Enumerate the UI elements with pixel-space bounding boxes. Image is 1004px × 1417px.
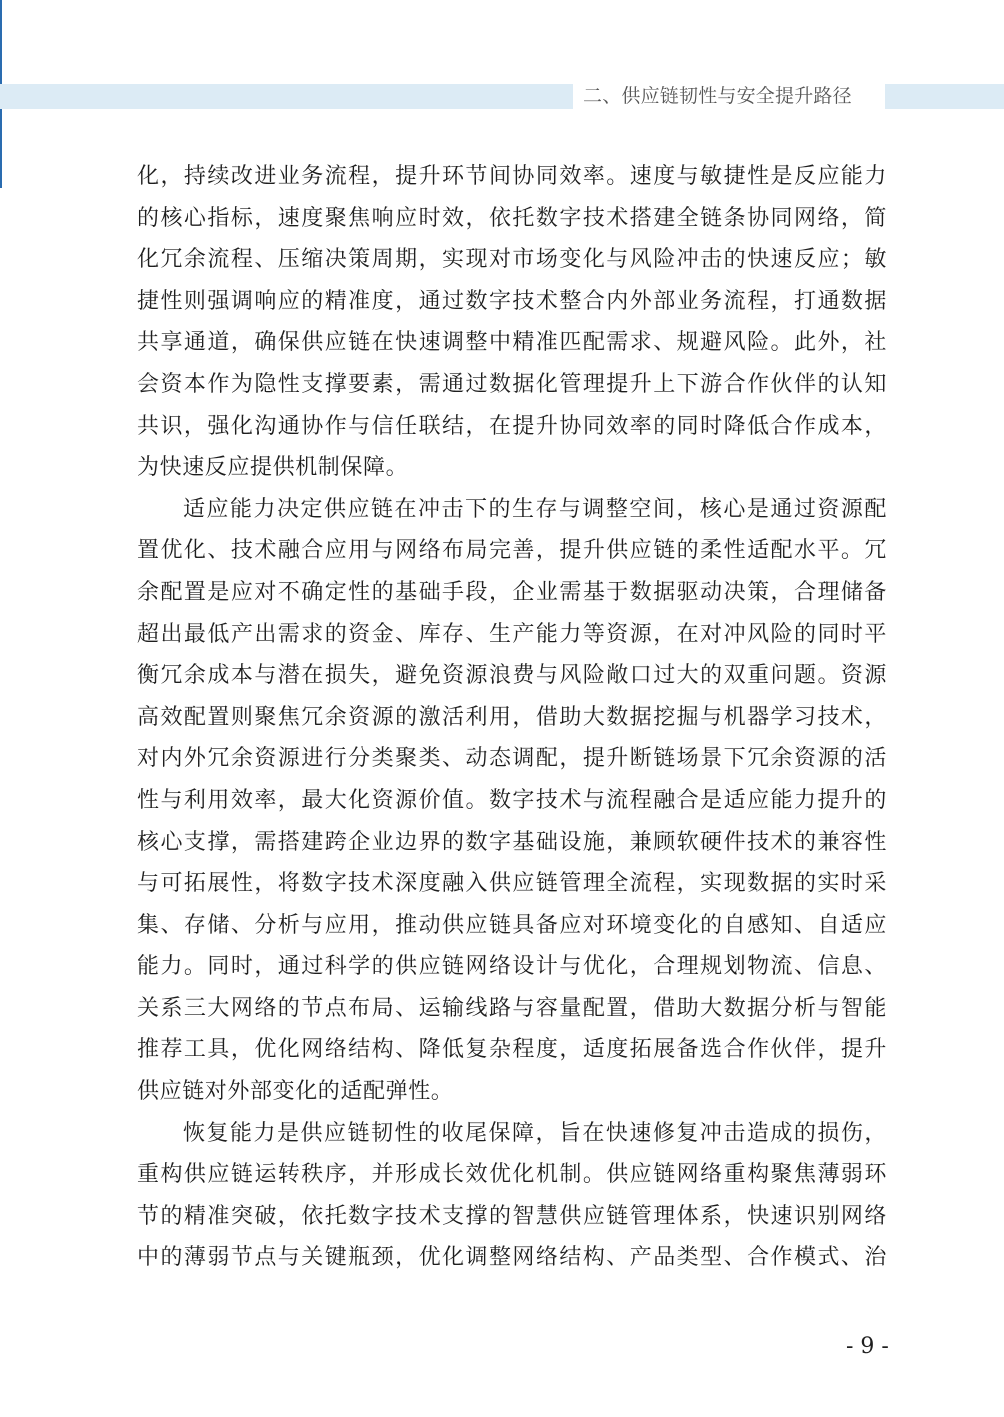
text-line: 重构供应链运转秩序，并形成长效优化机制。供应链网络重构聚焦薄弱环	[137, 1154, 887, 1196]
text-line: 恢复能力是供应链韧性的收尾保障，旨在快速修复冲击造成的损伤，	[137, 1113, 887, 1155]
paragraph: 化，持续改进业务流程，提升环节间协同效率。速度与敏捷性是反应能力 的核心指标，速…	[137, 156, 887, 489]
text-line: 化冗余流程、压缩决策周期，实现对市场变化与风险冲击的快速反应；敏	[137, 239, 887, 281]
paragraph: 恢复能力是供应链韧性的收尾保障，旨在快速修复冲击造成的损伤， 重构供应链运转秩序…	[137, 1113, 887, 1279]
text-line: 性与利用效率，最大化资源价值。数字技术与流程融合是适应能力提升的	[137, 780, 887, 822]
text-line: 余配置是应对不确定性的基础手段，企业需基于数据驱动决策，合理储备	[137, 572, 887, 614]
text-line: 为快速反应提供机制保障。	[137, 447, 887, 489]
text-line: 置优化、技术融合应用与网络布局完善，提升供应链的柔性适配水平。冗	[137, 530, 887, 572]
text-line: 能力。同时，通过科学的供应链网络设计与优化，合理规划物流、信息、	[137, 946, 887, 988]
text-line: 共享通道，确保供应链在快速调整中精准匹配需求、规避风险。此外，社	[137, 322, 887, 364]
text-line: 化，持续改进业务流程，提升环节间协同效率。速度与敏捷性是反应能力	[137, 156, 887, 198]
header-band-left	[0, 84, 573, 109]
text-line: 的核心指标，速度聚焦响应时效，依托数字技术搭建全链条协同网络，简	[137, 198, 887, 240]
text-line: 对内外冗余资源进行分类聚类、动态调配，提升断链场景下冗余资源的活	[137, 738, 887, 780]
paragraph: 适应能力决定供应链在冲击下的生存与调整空间，核心是通过资源配 置优化、技术融合应…	[137, 489, 887, 1113]
page-number: - 9 -	[846, 1334, 889, 1359]
text-line: 高效配置则聚焦冗余资源的激活利用，借助大数据挖掘与机器学习技术，	[137, 697, 887, 739]
header-band-right	[885, 84, 1004, 109]
text-line: 超出最低产出需求的资金、库存、生产能力等资源，在对冲风险的同时平	[137, 614, 887, 656]
text-line: 衡冗余成本与潜在损失，避免资源浪费与风险敞口过大的双重问题。资源	[137, 655, 887, 697]
text-line: 推荐工具，优化网络结构、降低复杂程度，适度拓展备选合作伙伴，提升	[137, 1029, 887, 1071]
text-line: 关系三大网络的节点布局、运输线路与容量配置，借助大数据分析与智能	[137, 988, 887, 1030]
text-line: 供应链对外部变化的适配弹性。	[137, 1071, 887, 1113]
text-line: 节的精准突破，依托数字技术支撑的智慧供应链管理体系，快速识别网络	[137, 1196, 887, 1238]
text-line: 中的薄弱节点与关键瓶颈，优化调整网络结构、产品类型、合作模式、治	[137, 1237, 887, 1279]
body-text: 化，持续改进业务流程，提升环节间协同效率。速度与敏捷性是反应能力 的核心指标，速…	[137, 156, 887, 1279]
text-line: 核心支撑，需搭建跨企业边界的数字基础设施，兼顾软硬件技术的兼容性	[137, 822, 887, 864]
running-header-title: 二、供应链韧性与安全提升路径	[583, 82, 852, 110]
text-line: 共识，强化沟通协作与信任联结，在提升协同效率的同时降低合作成本，	[137, 406, 887, 448]
text-line: 会资本作为隐性支撑要素，需通过数据化管理提升上下游合作伙伴的认知	[137, 364, 887, 406]
text-line: 捷性则强调响应的精准度，通过数字技术整合内外部业务流程，打通数据	[137, 281, 887, 323]
text-line: 与可拓展性，将数字技术深度融入供应链管理全流程，实现数据的实时采	[137, 863, 887, 905]
text-line: 适应能力决定供应链在冲击下的生存与调整空间，核心是通过资源配	[137, 489, 887, 531]
text-line: 集、存储、分析与应用，推动供应链具备应对环境变化的自感知、自适应	[137, 905, 887, 947]
